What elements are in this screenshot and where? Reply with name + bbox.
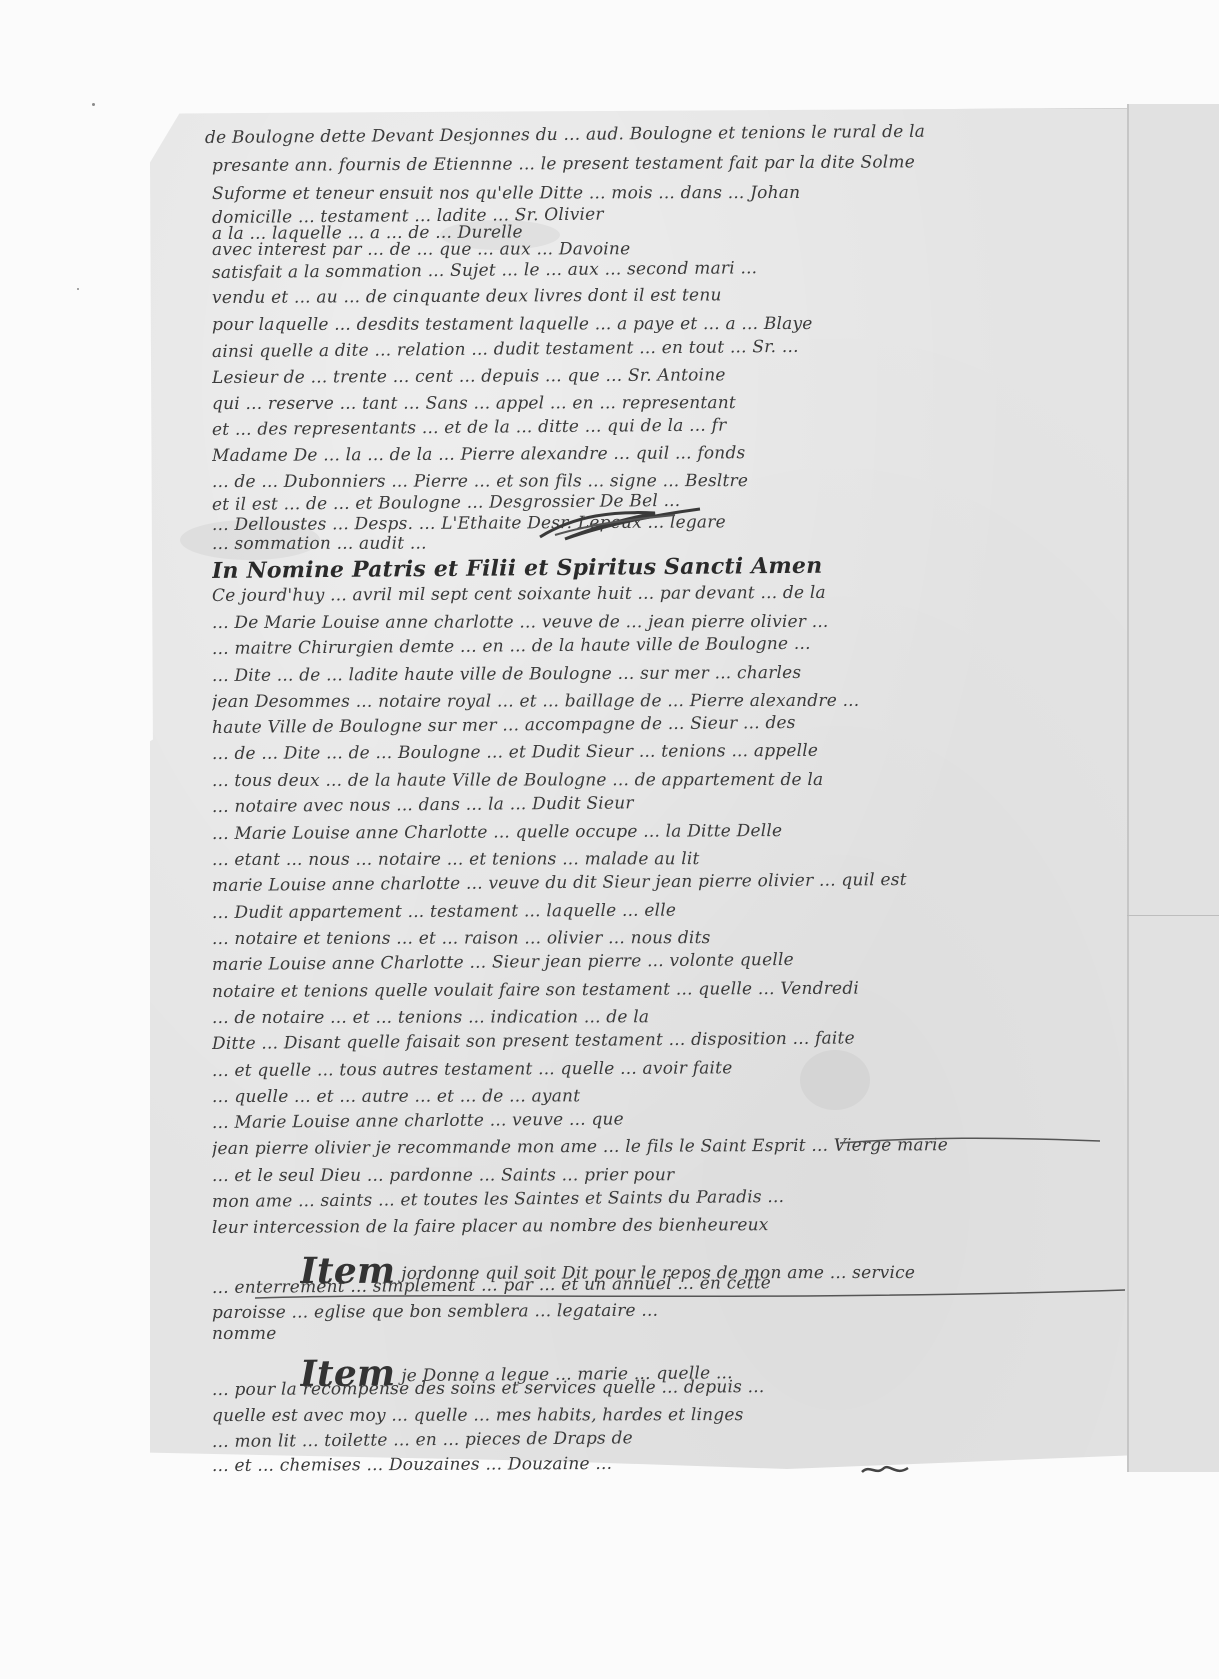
handwritten-line: ... et quelle ... tous autres testament … — [212, 1056, 1110, 1081]
handwritten-line: nomme — [212, 1322, 1110, 1344]
handwritten-line: mon ame ... saints ... et toutes les Sai… — [212, 1184, 1110, 1212]
scan-speck — [77, 288, 79, 290]
scan-speck — [92, 103, 95, 106]
underline-flourish-icon — [255, 1288, 1125, 1304]
handwritten-line: ... de ... Dite ... de ... Boulogne ... … — [212, 739, 1110, 764]
handwritten-line: ... et le seul Dieu ... pardonne ... Sai… — [212, 1164, 1110, 1186]
page-fold — [1127, 915, 1219, 916]
handwritten-line: notaire et tenions quelle voulait faire … — [212, 977, 1110, 1002]
handwritten-line: ainsi quelle a dite ... relation ... dud… — [212, 334, 1110, 362]
handwritten-line: quelle est avec moy ... quelle ... mes h… — [212, 1404, 1110, 1426]
handwritten-line: In Nomine Patris et Filii et Spiritus Sa… — [212, 550, 1110, 584]
handwritten-line: ... maitre Chirurgien demte ... en ... d… — [212, 631, 1110, 659]
handwritten-line: ... notaire et tenions ... et ... raison… — [212, 927, 1110, 949]
handwritten-line: ... notaire avec nous ... dans ... la ..… — [212, 789, 1110, 817]
handwritten-line: qui ... reserve ... tant ... Sans ... ap… — [212, 392, 1110, 414]
handwritten-line: leur intercession de la faire placer au … — [212, 1213, 1110, 1238]
handwritten-line: pour laquelle ... desdits testament laqu… — [212, 313, 1110, 335]
handwritten-line: ... mon lit ... toilette ... en ... piec… — [212, 1424, 1110, 1452]
handwritten-line: ... Marie Louise anne Charlotte ... quel… — [212, 819, 1110, 844]
handwritten-line: marie Louise anne Charlotte ... Sieur je… — [212, 947, 1110, 975]
handwritten-line: ... De Marie Louise anne charlotte ... v… — [212, 611, 1110, 633]
adjacent-page-edge — [1127, 104, 1219, 1472]
handwritten-line: marie Louise anne charlotte ... veuve du… — [212, 868, 1110, 896]
paraph-mark-icon — [860, 1462, 910, 1478]
handwritten-line: haute Ville de Boulogne sur mer ... acco… — [212, 710, 1110, 738]
handwritten-line: ... Dite ... de ... ladite haute ville d… — [212, 661, 1110, 686]
handwritten-line: presante ann. fournis de Etiennne ... le… — [212, 151, 1110, 176]
handwritten-line: Ce jourd'huy ... avril mil sept cent soi… — [212, 581, 1110, 606]
handwritten-line: ... Dudit appartement ... testament ... … — [212, 898, 1110, 923]
handwritten-line: Madame De ... la ... de la ... Pierre al… — [212, 441, 1110, 466]
signature-flourish-icon — [535, 505, 705, 545]
handwritten-line: ... pour la recompense des soins et serv… — [212, 1375, 1110, 1400]
handwritten-line: jean Desommes ... notaire royal ... et .… — [212, 690, 1110, 712]
handwritten-line: ... Marie Louise anne charlotte ... veuv… — [212, 1105, 1110, 1133]
handwritten-line: Lesieur de ... trente ... cent ... depui… — [212, 363, 1110, 388]
handwritten-line: Ditte ... Disant quelle faisait son pres… — [212, 1026, 1110, 1054]
handwritten-text-block: de Boulogne dette Devant Desjonnes du ..… — [150, 108, 1130, 1468]
handwritten-line: ... etant ... nous ... notaire ... et te… — [212, 848, 1110, 870]
handwritten-line: ... tous deux ... de la haute Ville de B… — [212, 769, 1110, 791]
handwritten-line: de Boulogne dette Devant Desjonnes du ..… — [205, 120, 1110, 148]
handwritten-line: ... quelle ... et ... autre ... et ... d… — [212, 1085, 1110, 1107]
handwritten-line: ... et ... chemises ... Douzaines ... Do… — [212, 1451, 1110, 1476]
handwritten-line: vendu et ... au ... de cinquante deux li… — [212, 283, 1110, 308]
handwritten-line: ... de notaire ... et ... tenions ... in… — [212, 1006, 1110, 1028]
handwritten-line: et ... des representants ... et de la ..… — [212, 412, 1110, 440]
closing-flourish-icon — [840, 1135, 1100, 1149]
